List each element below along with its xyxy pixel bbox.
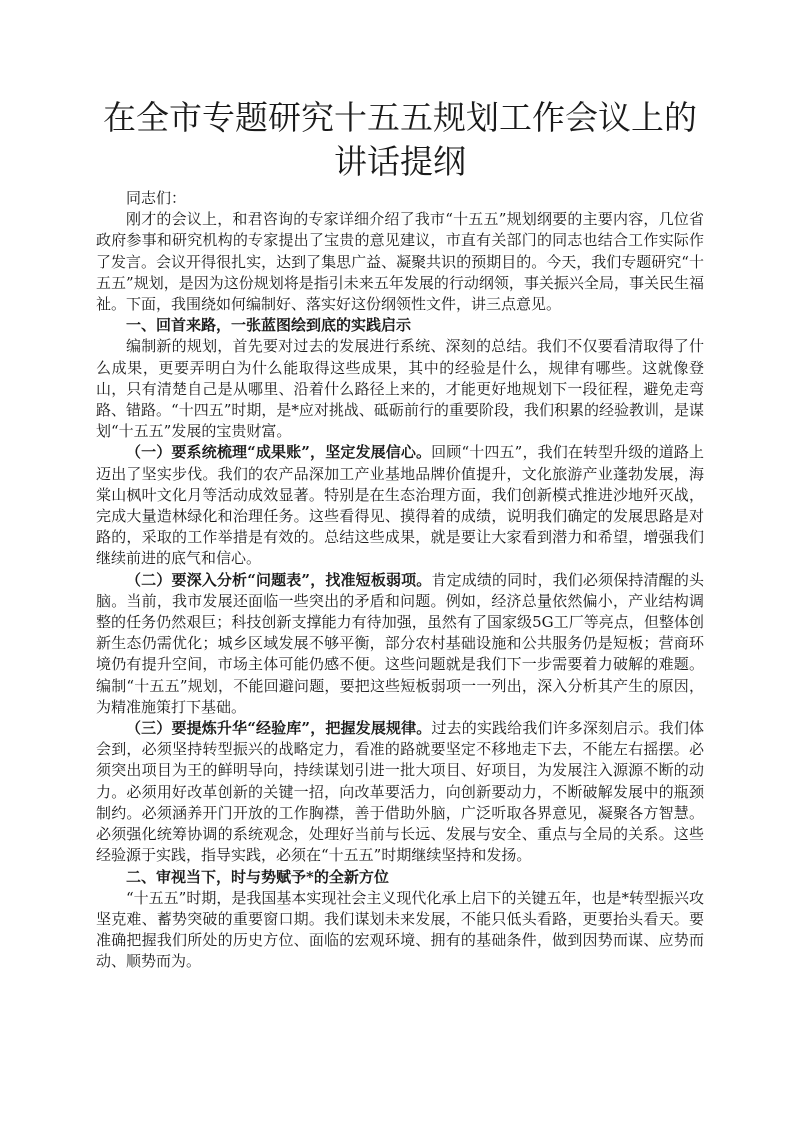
item-text: 过去的实践给我们许多深刻启示。我们体会到，必须坚持转型振兴的战略定力，看准的路就… [96, 719, 704, 864]
item-text: 肯定成绩的同时，我们必须保持清醒的头脑。当前，我市发展还面临一些突出的矛盾和问题… [96, 571, 704, 716]
document-page: 在全市专题研究十五五规划工作会议上的讲话提纲 同志们： 刚才的会议上，和君咨询的… [96, 96, 704, 973]
section-1-item-3: （三）要提炼升华“经验库”，把握发展规律。过去的实践给我们许多深刻启示。我们体会… [96, 718, 704, 866]
item-lead: （二）要深入分析“问题表”，找准短板弱项。 [126, 571, 431, 589]
section-1-paragraph: 编制新的规划，首先要对过去的发展进行系统、深刻的总结。我们不仅要看清取得了什么成… [96, 336, 704, 442]
intro-paragraph: 刚才的会议上，和君咨询的专家详细介绍了我市“十五五”规划纲要的主要内容，几位省政… [96, 209, 704, 315]
salutation: 同志们： [96, 188, 704, 209]
item-text: 回顾“十四五”，我们在转型升级的道路上迈出了坚实步伐。我们的农产品深加工产业基地… [96, 443, 704, 567]
document-body: 同志们： 刚才的会议上，和君咨询的专家详细介绍了我市“十五五”规划纲要的主要内容… [96, 188, 704, 973]
section-1-heading: 一、回首来路，一张蓝图绘到底的实践启示 [96, 315, 704, 336]
section-2-heading: 二、审视当下，时与势赋予*的全新方位 [96, 867, 704, 888]
item-lead: （三）要提炼升华“经验库”，把握发展规律。 [126, 719, 431, 737]
section-2-paragraph: “十五五”时期，是我国基本实现社会主义现代化承上启下的关键五年，也是*转型振兴攻… [96, 888, 704, 973]
item-lead: （一）要系统梳理“成果账”，坚定发展信心。 [126, 443, 431, 461]
section-1-item-1: （一）要系统梳理“成果账”，坚定发展信心。回顾“十四五”，我们在转型升级的道路上… [96, 442, 704, 569]
section-1-item-2: （二）要深入分析“问题表”，找准短板弱项。肯定成绩的同时，我们必须保持清醒的头脑… [96, 570, 704, 718]
document-title: 在全市专题研究十五五规划工作会议上的讲话提纲 [96, 96, 704, 184]
